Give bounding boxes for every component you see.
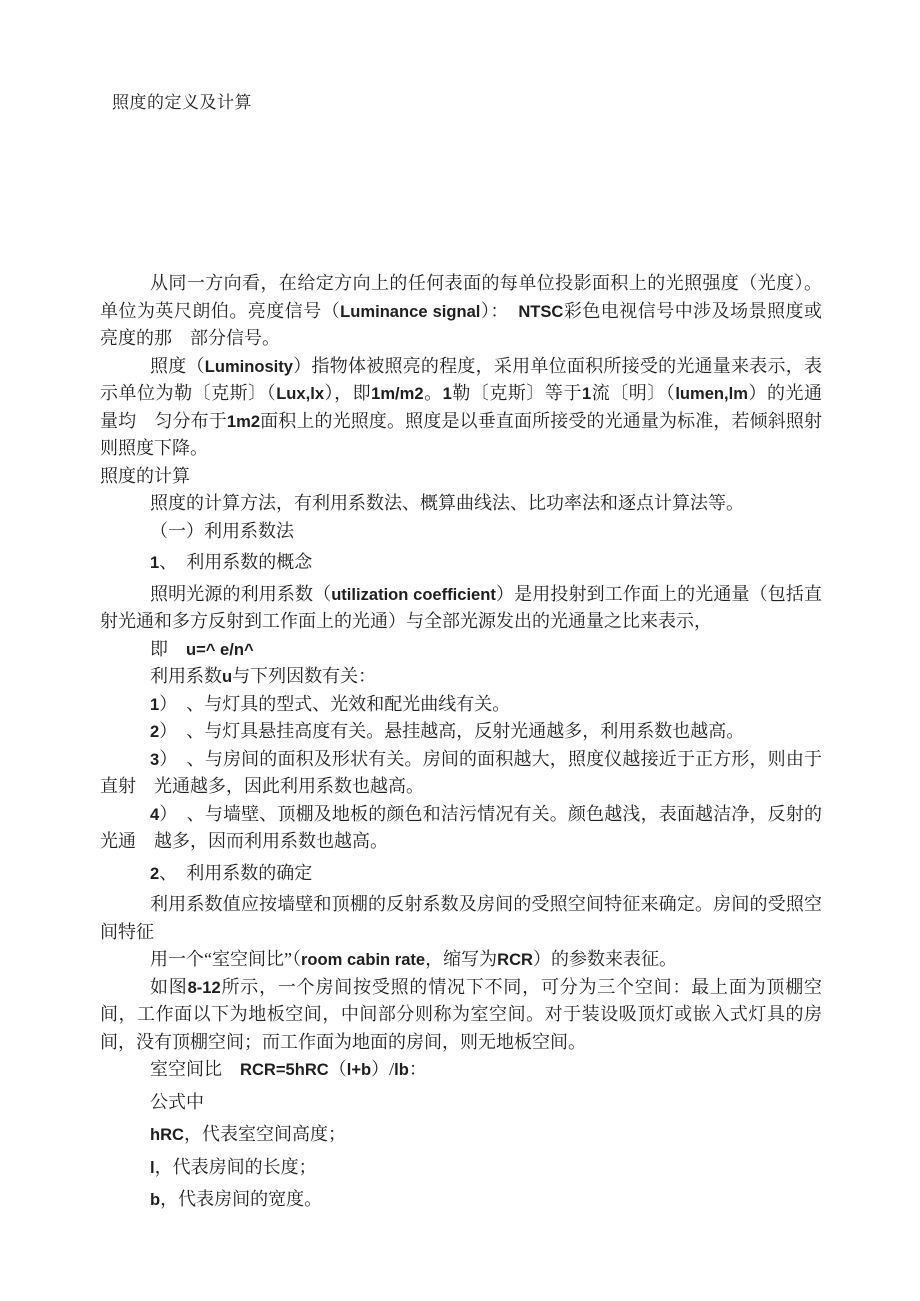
paragraph: 照度的计算方法，有利用系数法、概算曲线法、比功率法和逐点计算法等。 [100,490,822,518]
latin-text: 1 [443,384,452,403]
latin-text: lb [394,1060,409,1079]
paragraph: 利用系数u与下列因数有关： [100,663,822,691]
latin-text: u [222,667,232,686]
paragraph: b，代表房间的宽度。 [100,1186,822,1214]
latin-text: 1 [150,695,159,714]
paragraph: 如图8-12所示，一个房间按受照的情况下不同，可分为三个空间：最上面为顶棚空间，… [100,974,822,1057]
paragraph: 1、 利用系数的概念 [100,549,822,577]
paragraph: l，代表房间的长度； [100,1154,822,1182]
latin-text: Lux,lx [276,384,324,403]
paragraph: 用一个“室空间比”（room cabin rate，缩写为RCR）的参数来表征。 [100,946,822,974]
latin-text: hRC [150,1125,184,1144]
latin-text: lumen,lm [675,384,748,403]
document-body: 从同一方向看，在给定方向上的任何表面的每单位投影面积上的光照强度（光度）。单位为… [100,270,822,1214]
paragraph: 从同一方向看，在给定方向上的任何表面的每单位投影面积上的光照强度（光度）。单位为… [100,270,822,353]
paragraph: 2） 、与灯具悬挂高度有关。悬挂越高，反射光通越多，利用系数也越高。 [100,718,822,746]
paragraph: hRC，代表室空间高度； [100,1121,822,1149]
latin-text: 8-12 [188,978,221,997]
latin-text: u=^ e/n^ [186,640,254,659]
paragraph: 3） 、与房间的面积及形状有关。房间的面积越大，照度仪越接近于正方形，则由于直射… [100,746,822,801]
latin-text: 1 [582,384,591,403]
latin-text: room cabin rate [301,950,425,969]
paragraph: 照度的计算 [100,463,822,491]
latin-text: Luminosity [205,357,293,376]
paragraph: 公式中 [100,1089,822,1117]
latin-text: RCR=5hRC [240,1060,329,1079]
latin-text: utilization coefficient [331,585,496,604]
paragraph: 1） 、与灯具的型式、光效和配光曲线有关。 [100,691,822,719]
latin-text: 1m/m2 [371,384,423,403]
latin-text: l [150,1158,155,1177]
latin-text: 1m2 [227,412,260,431]
paragraph: 即 u=^ e/n^ [100,636,822,664]
latin-text: 2 [150,864,159,883]
latin-text: NTSC [518,302,563,321]
latin-text: 4 [150,805,159,824]
paragraph: （一）利用系数法 [100,518,822,546]
latin-text: Luminance signal [340,302,480,321]
paragraph: 照度（Luminosity）指物体被照亮的程度，采用单位面积所接受的光通量来表示… [100,353,822,463]
latin-text: RCR [497,950,533,969]
document-title: 照度的定义及计算 [112,88,252,113]
latin-text: 3 [150,750,159,769]
latin-text: 2 [150,722,159,741]
paragraph: 利用系数值应按墙壁和顶棚的反射系数及房间的受照空间特征来确定。房间的受照空间特征 [100,891,822,946]
latin-text: l+b [347,1060,371,1079]
paragraph: 2、 利用系数的确定 [100,860,822,888]
document-page: 照度的定义及计算 从同一方向看，在给定方向上的任何表面的每单位投影面积上的光照强… [0,0,920,1301]
latin-text: b [150,1190,160,1209]
paragraph: 室空间比 RCR=5hRC（l+b）/lb： [100,1056,822,1084]
paragraph: 4） 、与墙壁、顶棚及地板的颜色和洁污情况有关。颜色越浅，表面越洁净，反射的光通… [100,801,822,856]
latin-text: 1 [150,553,159,572]
paragraph: 照明光源的利用系数（utilization coefficient）是用投射到工… [100,581,822,636]
